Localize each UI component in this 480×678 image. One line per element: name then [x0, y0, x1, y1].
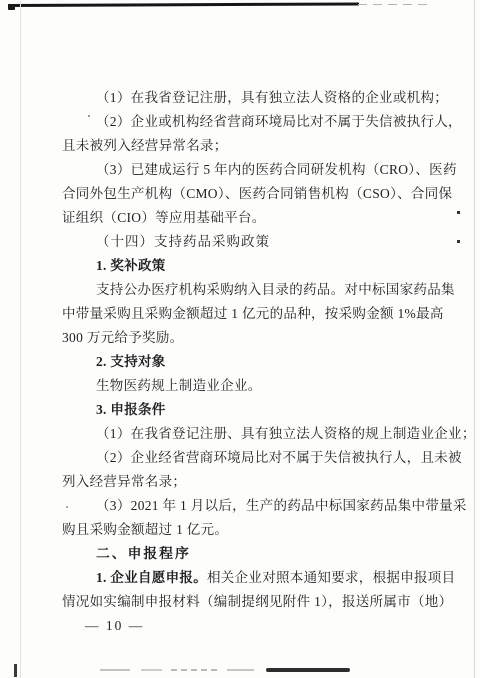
- scan-edge-top-blob: [8, 4, 15, 10]
- section-2-procedure-heading: 二、申报程序: [62, 542, 452, 566]
- scan-smudge-bottom: [171, 669, 218, 671]
- clause-2-line-2: 且未被列入经营异常名录；: [62, 134, 452, 158]
- reward-policy-line-2: 中带量采购且采购金额超过 1 亿元的品种，按采购金额 1%最高: [62, 302, 452, 326]
- scan-smudge-bottom: [141, 669, 162, 671]
- condition-2-line-1: （2）企业经省营商环境局比对不属于失信被执行人，且未被: [62, 446, 452, 470]
- section-14-heading: （十四）支持药品采购政策: [62, 230, 452, 254]
- page-number: — 10 —: [85, 618, 144, 634]
- clause-3-line-2: 合同外包生产机构（CMO）、医药合同销售机构（CSO）、合同保: [62, 182, 452, 206]
- ink-speck: [457, 211, 460, 214]
- scan-edge-top-line: [8, 2, 359, 7]
- scan-edge-top-tail: [358, 4, 430, 5]
- scan-smudge-bottom: [100, 669, 130, 671]
- clause-2-line-1: （2）企业或机构经省营商环境局比对不属于失信被执行人，: [62, 110, 452, 134]
- ink-speck: [457, 240, 460, 243]
- procedure-step-1-lead: 1. 企业自愿申报。: [96, 570, 207, 585]
- subsection-2-support-target-heading: 2. 支持对象: [62, 350, 452, 374]
- condition-2-line-2: 列入经营异常名录；: [62, 470, 452, 494]
- clause-1-line-1: （1）在我省登记注册，具有独立法人资格的企业或机构；: [62, 86, 452, 110]
- scan-mark-bottom-left: [14, 664, 17, 677]
- support-target-line: 生物医药规上制造业企业。: [62, 374, 452, 398]
- scan-smudge-bottom: [227, 669, 254, 671]
- scan-edge-right-line: [474, 0, 475, 678]
- condition-3-line-2: 购且采购金额超过 1 亿元。: [62, 518, 452, 542]
- clause-3-line-1: （3）已建成运行 5 年内的医药合同研发机构（CRO）、医药: [62, 158, 452, 182]
- clause-3-line-3: 证组织（CIO）等应用基础平台。: [62, 206, 452, 230]
- scan-edge-left-line: [20, 0, 21, 678]
- document-body: （1）在我省登记注册，具有独立法人资格的企业或机构； （2）企业或机构经省营商环…: [62, 86, 452, 614]
- reward-policy-line-1: 支持公办医疗机构采购纳入目录的药品。对中标国家药品集: [62, 278, 452, 302]
- scan-smudge-bottom: [266, 668, 350, 672]
- reward-policy-line-3: 300 万元给予奖励。: [62, 326, 452, 350]
- procedure-step-1-line-1: 1. 企业自愿申报。相关企业对照本通知要求，根据申报项目: [62, 566, 452, 590]
- subsection-1-reward-policy-heading: 1. 奖补政策: [62, 254, 452, 278]
- condition-3-line-1: （3）2021 年 1 月以后，生产的药品中标国家药品集中带量采: [62, 494, 452, 518]
- document-page: （1）在我省登记注册，具有独立法人资格的企业或机构； （2）企业或机构经省营商环…: [0, 0, 480, 678]
- procedure-step-1-line-2: 情况如实编制申报材料（编制提纲见附件 1），报送所属市（地）: [62, 590, 452, 614]
- procedure-step-1-rest: 相关企业对照本通知要求，根据申报项目: [207, 570, 455, 585]
- condition-1-line: （1）在我省登记注册、具有独立法人资格的规上制造业企业；: [62, 422, 452, 446]
- subsection-3-conditions-heading: 3. 申报条件: [62, 398, 452, 422]
